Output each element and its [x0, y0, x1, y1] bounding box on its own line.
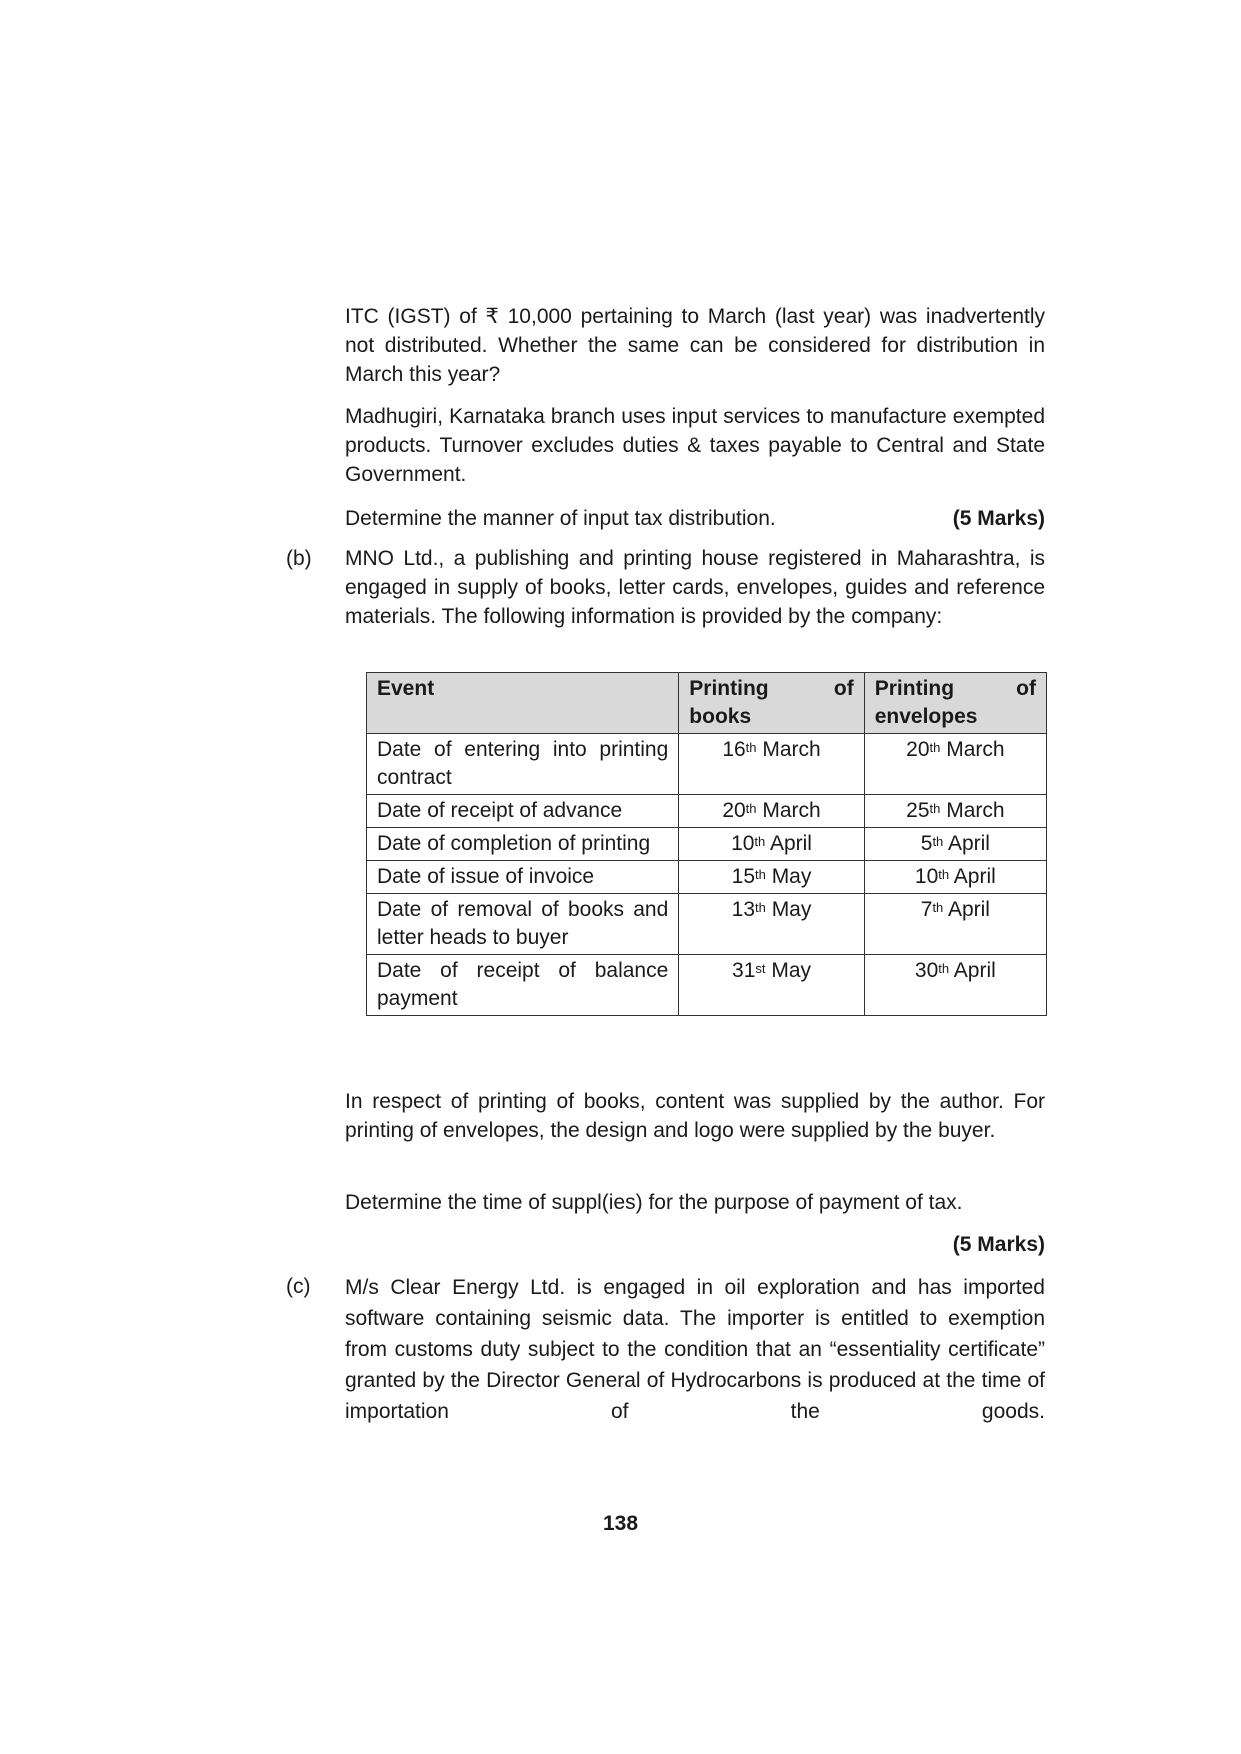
table-row: Date of issue of invoice15th May10th Apr… [367, 861, 1047, 894]
part-b-marks: (5 Marks) [345, 1230, 1045, 1259]
event-cell: Date of completion of printing [367, 828, 679, 861]
books-date-cell: 20th March [679, 795, 864, 828]
events-table: Event Printing of books Printing of enve… [366, 672, 1047, 1016]
part-c-label: (c) [286, 1272, 311, 1301]
part-b-intro: MNO Ltd., a publishing and printing hous… [345, 544, 1045, 631]
header-event: Event [367, 673, 679, 734]
event-cell: Date of receipt of advance [367, 795, 679, 828]
event-cell: Date of issue of invoice [367, 861, 679, 894]
part-b-after-table: In respect of printing of books, content… [345, 1087, 1045, 1145]
table-row: Date of receipt of advance20th March25th… [367, 795, 1047, 828]
envelopes-date-cell: 25th March [864, 795, 1046, 828]
table-row: Date of receipt of balance payment31st M… [367, 955, 1047, 1016]
table-header-row: Event Printing of books Printing of enve… [367, 673, 1047, 734]
envelopes-date-cell: 10th April [864, 861, 1046, 894]
part-a-marks: (5 Marks) [953, 504, 1045, 533]
books-date-cell: 31st May [679, 955, 864, 1016]
events-table-body: Date of entering into printing contract1… [367, 734, 1047, 1016]
envelopes-date-cell: 5th April [864, 828, 1046, 861]
part-a-question: Determine the manner of input tax distri… [345, 504, 776, 533]
table-row: Date of completion of printing10th April… [367, 828, 1047, 861]
part-a-question-row: Determine the manner of input tax distri… [345, 504, 1045, 533]
itc-paragraph: ITC (IGST) of ₹ 10,000 pertaining to Mar… [345, 302, 1045, 389]
books-date-cell: 13th May [679, 894, 864, 955]
header-books-line1: Printing of [689, 675, 853, 703]
header-books: Printing of books [679, 673, 864, 734]
header-envelopes-line2: envelopes [875, 705, 978, 728]
header-envelopes-line1: Printing of [875, 675, 1036, 703]
part-b-label: (b) [286, 544, 312, 573]
event-cell: Date of entering into printing contract [367, 734, 679, 795]
part-b-question: Determine the time of suppl(ies) for the… [345, 1188, 1045, 1217]
header-envelopes: Printing of envelopes [864, 673, 1046, 734]
madhugiri-paragraph: Madhugiri, Karnataka branch uses input s… [345, 402, 1045, 489]
table-row: Date of entering into printing contract1… [367, 734, 1047, 795]
envelopes-date-cell: 20th March [864, 734, 1046, 795]
part-c-text: M/s Clear Energy Ltd. is engaged in oil … [345, 1272, 1045, 1427]
table-row: Date of removal of books and letter head… [367, 894, 1047, 955]
header-books-line2: books [689, 705, 751, 728]
envelopes-date-cell: 30th April [864, 955, 1046, 1016]
event-cell: Date of removal of books and letter head… [367, 894, 679, 955]
books-date-cell: 15th May [679, 861, 864, 894]
books-date-cell: 10th April [679, 828, 864, 861]
envelopes-date-cell: 7th April [864, 894, 1046, 955]
event-cell: Date of receipt of balance payment [367, 955, 679, 1016]
page-number: 138 [0, 1512, 1241, 1536]
document-page: ITC (IGST) of ₹ 10,000 pertaining to Mar… [0, 0, 1241, 1754]
books-date-cell: 16th March [679, 734, 864, 795]
